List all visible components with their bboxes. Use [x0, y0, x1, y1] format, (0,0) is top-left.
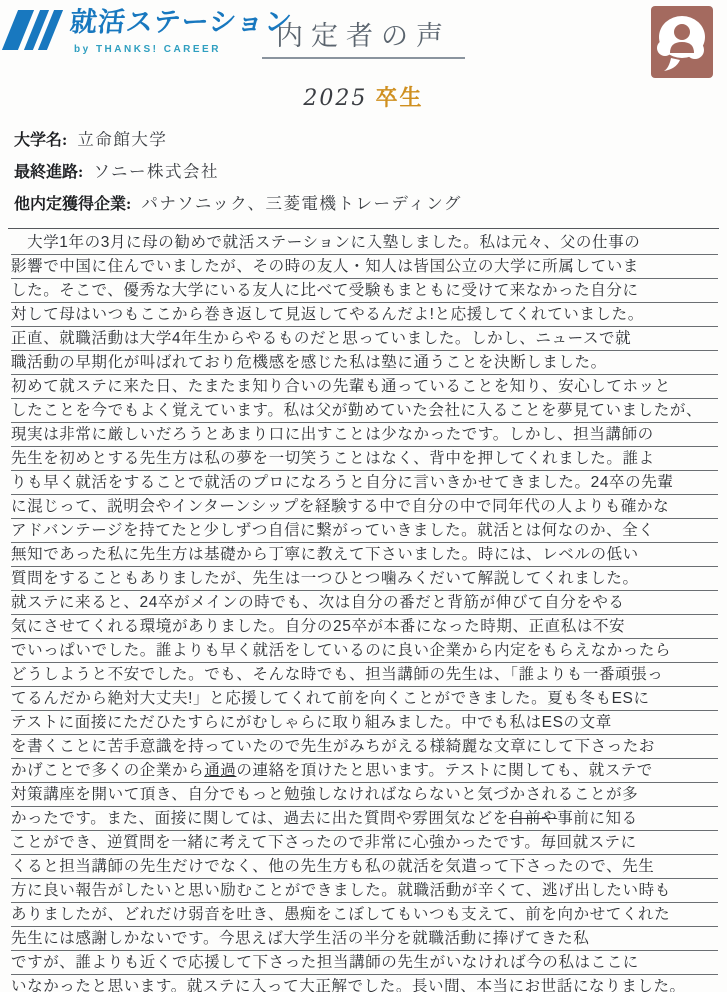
grad-year-suffix: 卒生	[376, 85, 424, 110]
testimonial-line: かったです。また、面接に関しては、過去に出た質問や雰囲気などを自前や事前に知る	[11, 807, 718, 831]
testimonial-line: 初めて就ステに来た日、たまたま知り合いの先輩も通っていることを知り、安心してホッ…	[11, 375, 718, 399]
testimonial-line: 影響で中国に住んでいましたが、その時の友人・知人は皆国公立の大学に所属していま	[11, 255, 718, 279]
testimonial-line: に混じって、説明会やインターンシップを経験する中で自分の中で同年代の人よりも確か…	[11, 495, 718, 519]
testimonial-line: くると担当講師の先生だけでなく、他の先生方も私の就活を気遣って下さったので、先生	[11, 855, 718, 879]
section-divider	[8, 228, 719, 229]
header: 就活ステーション by THANKS! CAREER 内定者の声 2025 卒生	[0, 0, 727, 108]
testimonial-line: 大学1年の3月に母の勧めで就活ステーションに入塾しました。私は元々、父の仕事の	[11, 231, 718, 255]
testimonial-line: 就ステに来ると、24卒がメインの時でも、次は自分の番だと背筋が伸びて自分をやる	[11, 591, 718, 615]
testimonial-line: 無知であった私に先生方は基礎から丁寧に教えて下さいました。時には、レベルの低い	[11, 543, 718, 567]
testimonial-line: テストに面接にただひたすらにがむしゃらに取り組みました。中でも私はESの文章	[11, 711, 718, 735]
testimonial-line: ことができ、逆質問を一緒に考えて下さったので非常に心強かったです。毎回就ステに	[11, 831, 718, 855]
field-value-final-path: ソニー株式会社	[93, 158, 219, 182]
testimonial-line: 方に良い報告がしたいと思い励むことができました。就職活動が辛くて、逃げ出したい時…	[11, 879, 718, 903]
field-label-final-path: 最終進路:	[14, 159, 83, 182]
person-speech-bubble-icon	[651, 6, 713, 83]
field-value-other-offers: パナソニック、三菱電機トレーディング	[141, 190, 462, 214]
testimonial-line: てるんだから絶対大丈夫!」と応援してくれて前を向くことができました。夏も冬もES…	[11, 687, 718, 711]
testimonial-line: ありましたが、どれだけ弱音を吐き、愚痴をこぼしてもいつも支えて、前を向かせてくれ…	[11, 903, 718, 927]
testimonial-body: 大学1年の3月に母の勧めで就活ステーションに入塾しました。私は元々、父の仕事の影…	[0, 231, 727, 992]
field-label-university: 大学名:	[14, 127, 67, 150]
title-block: 内定者の声 2025 卒生	[0, 14, 727, 112]
testimonial-line: どうしようと不安でした。でも、そんな時でも、担当講師の先生は、「誰よりも一番頑張…	[11, 663, 718, 687]
testimonial-line: 先生を初めとする先生方は私の夢を一切笑うことはなく、背中を押してくれました。誰よ	[11, 447, 718, 471]
scanned-testimonial-page: 就活ステーション by THANKS! CAREER 内定者の声 2025 卒生	[0, 0, 727, 992]
field-final-path: 最終進路: ソニー株式会社	[14, 158, 727, 182]
testimonial-line: 職活動の早期化が叫ばれており危機感を感じた私は塾に通うことを決断しました。	[11, 351, 718, 375]
testimonial-line: いなかったと思います。就ステに入って大正解でした。長い間、本当にお世話になりまし…	[11, 975, 718, 992]
testimonial-line: 対策講座を開いて頂き、自分でもっと勉強しなければならないと気づかされることが多	[11, 783, 718, 807]
testimonial-line: アドバンテージを持てたと少しずつ自信に繋がっていきました。就活とは何なのか、全く	[11, 519, 718, 543]
testimonial-line: したことを今でもよく覚えています。私は父が勤めていた会社に入ることを夢見ていまし…	[11, 399, 718, 423]
testimonial-line: 現実は非常に厳しいだろうとあまり口に出すことは少なかったです。しかし、担当講師の	[11, 423, 718, 447]
testimonial-line: を書くことに苦手意識を持っていたので先生がみちがえる様綺麗な文章にして下さったお	[11, 735, 718, 759]
testimonial-line: 気にさせてくれる環境がありました。自分の25卒が本番になった時期、正直私は不安	[11, 615, 718, 639]
grad-year-line: 2025 卒生	[0, 81, 727, 112]
profile-section: 大学名: 立命館大学 最終進路: ソニー株式会社 他内定獲得企業: パナソニック…	[0, 108, 727, 214]
testimonial-line: でいっぱいでした。誰よりも早く就活をしているのに良い企業から内定をもらえなかった…	[11, 639, 718, 663]
testimonial-line: した。そこで、優秀な大学にいる友人に比べて受験もまともに受けて来なかった自分に	[11, 279, 718, 303]
testimonial-line: 先生には感謝しかないです。今思えば大学生活の半分を就職活動に捧げてきた私	[11, 927, 718, 951]
field-value-university: 立命館大学	[77, 126, 167, 150]
testimonial-line: ですが、誰よりも近くで応援して下さった担当講師の先生がいなければ今の私はここに	[11, 951, 718, 975]
page-title: 内定者の声	[262, 14, 465, 59]
testimonial-line: 質問をすることもありましたが、先生は一つひとつ噛みくだいて解説してくれました。	[11, 567, 718, 591]
field-label-other-offers: 他内定獲得企業:	[14, 191, 131, 214]
testimonial-line: 対して母はいつもここから巻き返して見返してやるんだよ!と応援してくれていました。	[11, 303, 718, 327]
field-university: 大学名: 立命館大学	[14, 126, 727, 150]
grad-year: 2025	[303, 86, 367, 111]
field-other-offers: 他内定獲得企業: パナソニック、三菱電機トレーディング	[14, 190, 727, 214]
testimonial-line: りも早く就活をすることで就活のプロになろうと自分に言いきかせてきました。24卒の…	[11, 471, 718, 495]
testimonial-line: かげことで多くの企業から通過の連絡を頂けたと思います。テストに関しても、就ステで	[11, 759, 718, 783]
testimonial-line: 正直、就職活動は大学4年生からやるものだと思っていました。しかし、ニュースで就	[11, 327, 718, 351]
